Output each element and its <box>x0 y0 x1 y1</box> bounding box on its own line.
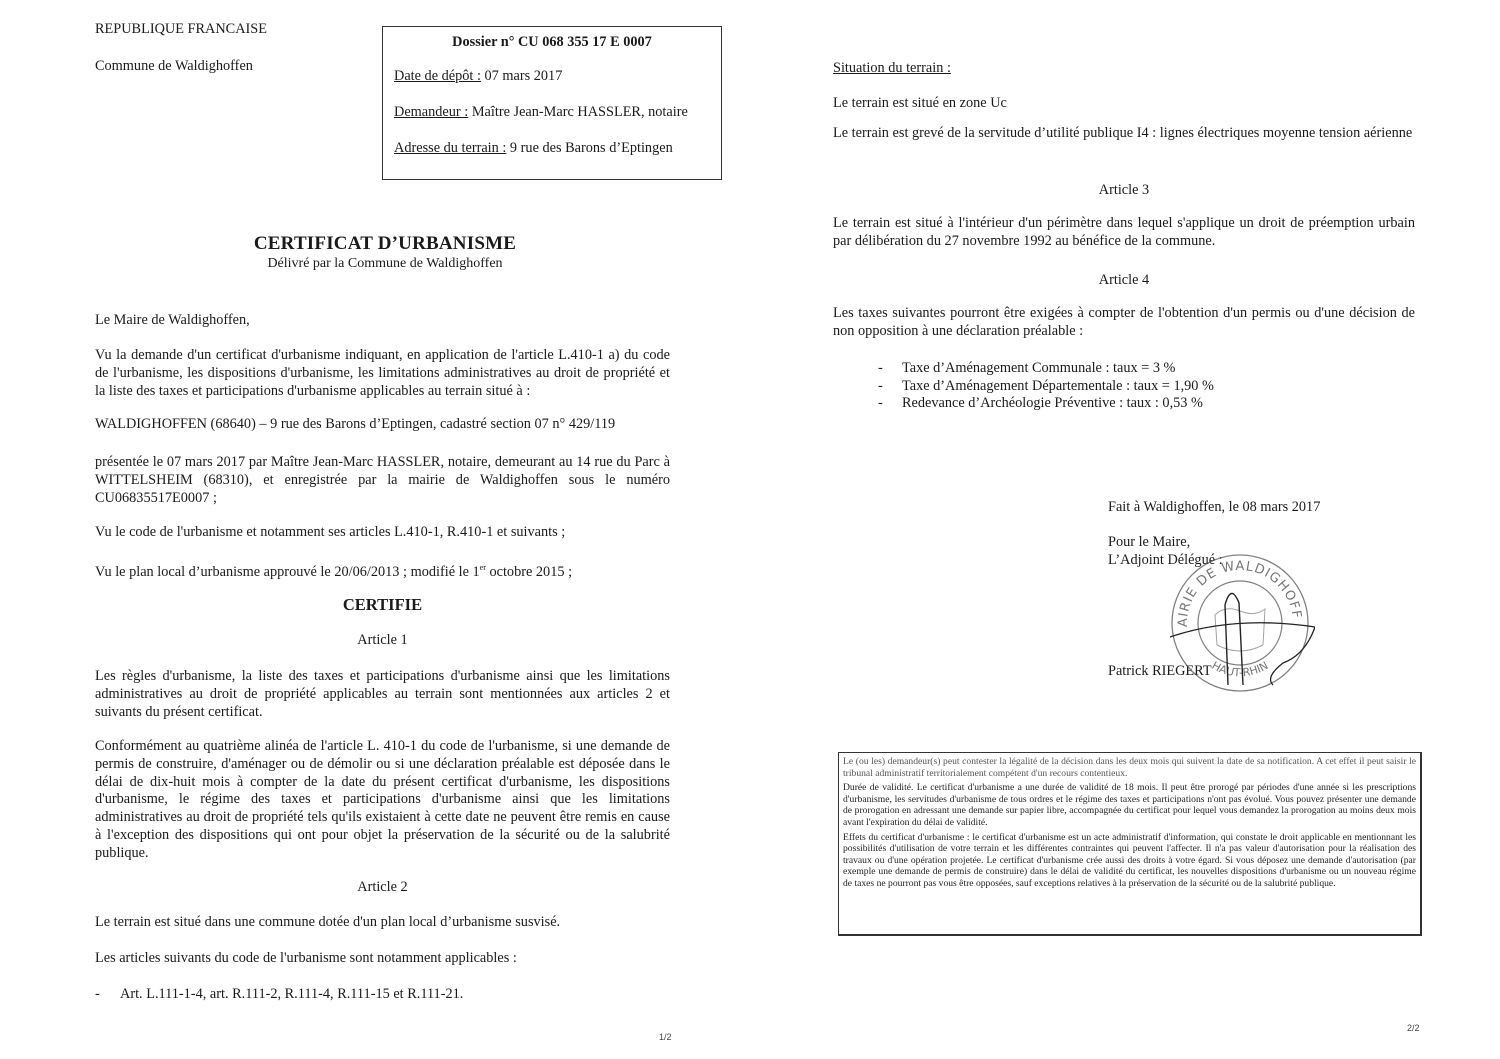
article-2-text: Le terrain est situé dans une commune do… <box>95 914 670 932</box>
bullet-dash: - <box>878 360 902 378</box>
article-2-heading: Article 2 <box>95 879 670 896</box>
certifie-heading: CERTIFIE <box>95 595 670 615</box>
fait-a-line: Fait à Waldighoffen, le 08 mars 2017 <box>1108 498 1320 516</box>
applicant: Demandeur : Maître Jean-Marc HASSLER, no… <box>394 104 688 121</box>
tax-item: - Taxe d’Aménagement Départementale : ta… <box>878 378 1398 396</box>
notice-duree-validite: Durée de validité. Le certificat d'urban… <box>843 782 1416 828</box>
vu-code-line: Vu le code de l'urbanisme et notamment s… <box>95 524 670 542</box>
article-1-text: Les règles d'urbanisme, la liste des tax… <box>95 668 670 721</box>
dossier-number: Dossier n° CU 068 355 17 E 0007 <box>383 34 721 51</box>
notice-recours: Le (ou les) demandeur(s) peut contester … <box>843 756 1416 779</box>
article-4-heading: Article 4 <box>833 271 1415 289</box>
title-block: CERTIFICAT D’URBANISME Délivré par la Co… <box>100 233 670 272</box>
document-title: CERTIFICAT D’URBANISME <box>100 233 670 255</box>
vu-plan-text: Vu le plan local d’urbanisme approuvé le… <box>95 564 480 580</box>
bullet-dash: - <box>878 395 902 413</box>
svg-text:HAUT-RHIN: HAUT-RHIN <box>1210 659 1271 679</box>
mairie-stamp-icon: MAIRIE DE WALDIGHOFFEN HAUT-RHIN <box>1165 545 1315 695</box>
vu-demande-paragraph: Vu la demande d'un certificat d'urbanism… <box>95 347 670 400</box>
tax-item-text: Taxe d’Aménagement Communale : taux = 3 … <box>902 360 1175 378</box>
address-label: Adresse du terrain : <box>394 140 506 156</box>
tax-item-text: Redevance d’Archéologie Préventive : tau… <box>902 395 1203 413</box>
deposit-date: Date de dépôt : 07 mars 2017 <box>394 68 562 85</box>
document-subtitle: Délivré par la Commune de Waldighoffen <box>100 256 670 272</box>
svg-text:MAIRIE DE WALDIGHOFFEN: MAIRIE DE WALDIGHOFFEN <box>1165 545 1304 627</box>
article-3-heading: Article 3 <box>833 181 1415 199</box>
vu-plan-line: Vu le plan local d’urbanisme approuvé le… <box>95 559 670 582</box>
salutation: Le Maire de Waldighoffen, <box>95 312 670 330</box>
zone-line: Le terrain est situé en zone Uc <box>833 94 1415 112</box>
presentee-paragraph: présentée le 07 mars 2017 par Maître Jea… <box>95 454 670 507</box>
articles-list: - Art. L.111-1-4, art. R.111-2, R.111-4,… <box>95 986 670 1004</box>
tax-item: - Taxe d’Aménagement Communale : taux = … <box>878 360 1398 378</box>
tax-item: - Redevance d’Archéologie Préventive : t… <box>878 395 1398 413</box>
list-item-text: Art. L.111-1-4, art. R.111-2, R.111-4, R… <box>120 986 463 1004</box>
list-item: - Art. L.111-1-4, art. R.111-2, R.111-4,… <box>95 986 670 1004</box>
page-number-2: 2/2 <box>1407 1023 1420 1033</box>
deposit-date-label: Date de dépôt : <box>394 68 481 84</box>
applicant-label: Demandeur : <box>394 104 468 120</box>
article-1-heading: Article 1 <box>95 632 670 649</box>
article-4-text: Les taxes suivantes pourront être exigée… <box>833 304 1415 340</box>
vu-plan-text-end: octobre 2015 ; <box>486 564 572 580</box>
situation-heading: Situation du terrain : <box>833 59 1415 77</box>
address-value: 9 rue des Barons d’Eptingen <box>506 140 672 156</box>
notice-effets: Effets du certificat d'urbanisme : le ce… <box>843 832 1416 890</box>
articles-intro: Les articles suivants du code de l'urban… <box>95 950 670 968</box>
dossier-box: Dossier n° CU 068 355 17 E 0007 Date de … <box>382 26 722 180</box>
address: Adresse du terrain : 9 rue des Barons d’… <box>394 140 673 157</box>
tax-item-text: Taxe d’Aménagement Départementale : taux… <box>902 378 1214 396</box>
conformement-paragraph: Conformément au quatrième alinéa de l'ar… <box>95 738 670 863</box>
tax-list: - Taxe d’Aménagement Communale : taux = … <box>878 360 1398 413</box>
bullet-dash: - <box>878 378 902 396</box>
bullet-dash: - <box>95 986 120 1004</box>
page-number-1: 1/2 <box>659 1032 672 1042</box>
deposit-date-value: 07 mars 2017 <box>481 68 562 84</box>
commune-label: Commune de Waldighoffen <box>95 58 253 75</box>
servitude-paragraph: Le terrain est grevé de la servitude d’u… <box>833 124 1415 142</box>
legal-notice-box: Le (ou les) demandeur(s) peut contester … <box>838 752 1422 936</box>
article-3-text: Le terrain est situé à l'intérieur d'un … <box>833 214 1415 250</box>
location-line: WALDIGHOFFEN (68640) – 9 rue des Barons … <box>95 416 670 434</box>
applicant-value: Maître Jean-Marc HASSLER, notaire <box>468 104 688 120</box>
republic-label: REPUBLIQUE FRANCAISE <box>95 21 267 38</box>
